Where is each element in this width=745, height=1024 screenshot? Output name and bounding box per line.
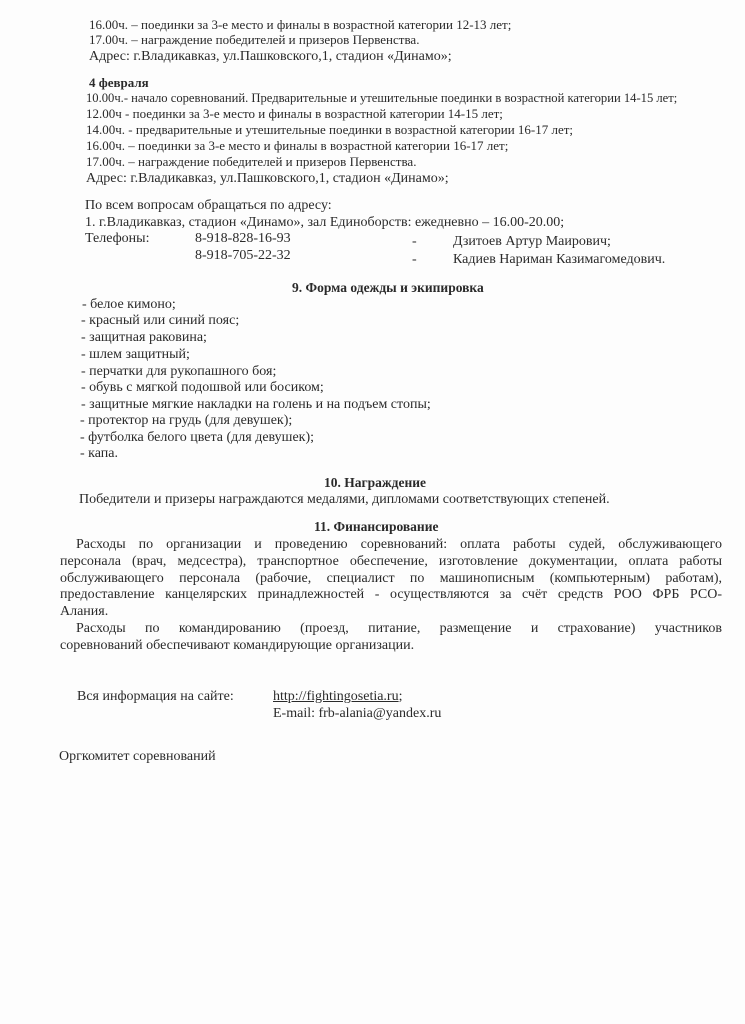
email-line: E-mail: frb-alania@yandex.ru (273, 706, 441, 722)
equipment-item: - шлем защитный; (81, 347, 190, 363)
section-heading: 10. Награждение (324, 475, 426, 491)
day-heading: 4 февраля (89, 76, 149, 91)
equipment-item: - капа. (80, 446, 118, 462)
contact-name: Кадиев Нариман Казимагомедович. (453, 252, 665, 268)
financing-line: обслуживающего персонала (рабочие, специ… (60, 571, 722, 587)
contacts-address: 1. г.Владикавказ, стадион «Динамо», зал … (85, 215, 564, 231)
phone-number: 8-918-705-22-32 (195, 248, 291, 264)
phone-dash: - (412, 252, 417, 268)
website-suffix: ; (399, 689, 403, 704)
address-line: Адрес: г.Владикавказ, ул.Пашковского,1, … (89, 49, 452, 65)
schedule-line: 16.00ч. – поединки за 3-е место и финалы… (89, 18, 511, 33)
website-line: http://fightingosetia.ru; (273, 689, 403, 705)
financing-line: Расходы по организации и проведению соре… (76, 537, 722, 553)
phone-number: 8-918-828-16-93 (195, 231, 291, 247)
contact-name: Дзитоев Артур Маирович; (453, 234, 611, 250)
equipment-item: - протектор на грудь (для девушек); (80, 413, 292, 429)
equipment-item: - футболка белого цвета (для девушек); (80, 430, 314, 446)
equipment-item: - защитная раковина; (81, 330, 207, 346)
financing-line: предоставление канцелярских принадлежнос… (60, 587, 722, 603)
financing-line: соревнований обеспечивают командирующие … (60, 638, 414, 654)
signature: Оргкомитет соревнований (59, 749, 216, 765)
schedule-line: 16.00ч. – поединки за 3-е место и финалы… (86, 139, 508, 154)
phones-label: Телефоны: (85, 231, 149, 247)
equipment-item: - перчатки для рукопашного боя; (81, 364, 276, 380)
financing-line: Расходы по командированию (проезд, питан… (76, 621, 722, 637)
equipment-item: - обувь с мягкой подошвой или босиком; (81, 380, 324, 396)
section-heading: 9. Форма одежды и экипировка (292, 280, 484, 296)
phone-dash: - (412, 234, 417, 250)
equipment-item: - защитные мягкие накладки на голень и н… (81, 397, 431, 413)
financing-line: персонала (врач, медсестра), транспортно… (60, 554, 722, 570)
document-page: 16.00ч. – поединки за 3-е место и финалы… (0, 0, 745, 1024)
schedule-line: 10.00ч.- начало соревнований. Предварите… (86, 91, 677, 106)
awards-text: Победители и призеры награждаются медаля… (79, 492, 610, 508)
financing-line: Алания. (60, 604, 108, 620)
schedule-line: 14.00ч. - предварительные и утешительные… (86, 123, 573, 138)
address-line: Адрес: г.Владикавказ, ул.Пашковского,1, … (86, 171, 449, 187)
contacts-intro: По всем вопросам обращаться по адресу: (85, 198, 332, 214)
section-heading: 11. Финансирование (314, 519, 438, 535)
schedule-line: 17.00ч. – награждение победителей и приз… (89, 33, 419, 48)
info-label: Вся информация на сайте: (77, 689, 234, 705)
schedule-line: 12.00ч - поединки за 3-е место и финалы … (86, 107, 503, 122)
website-link[interactable]: http://fightingosetia.ru (273, 689, 399, 704)
equipment-item: - белое кимоно; (82, 297, 176, 313)
equipment-item: - красный или синий пояс; (81, 313, 239, 329)
schedule-line: 17.00ч. – награждение победителей и приз… (86, 155, 416, 170)
